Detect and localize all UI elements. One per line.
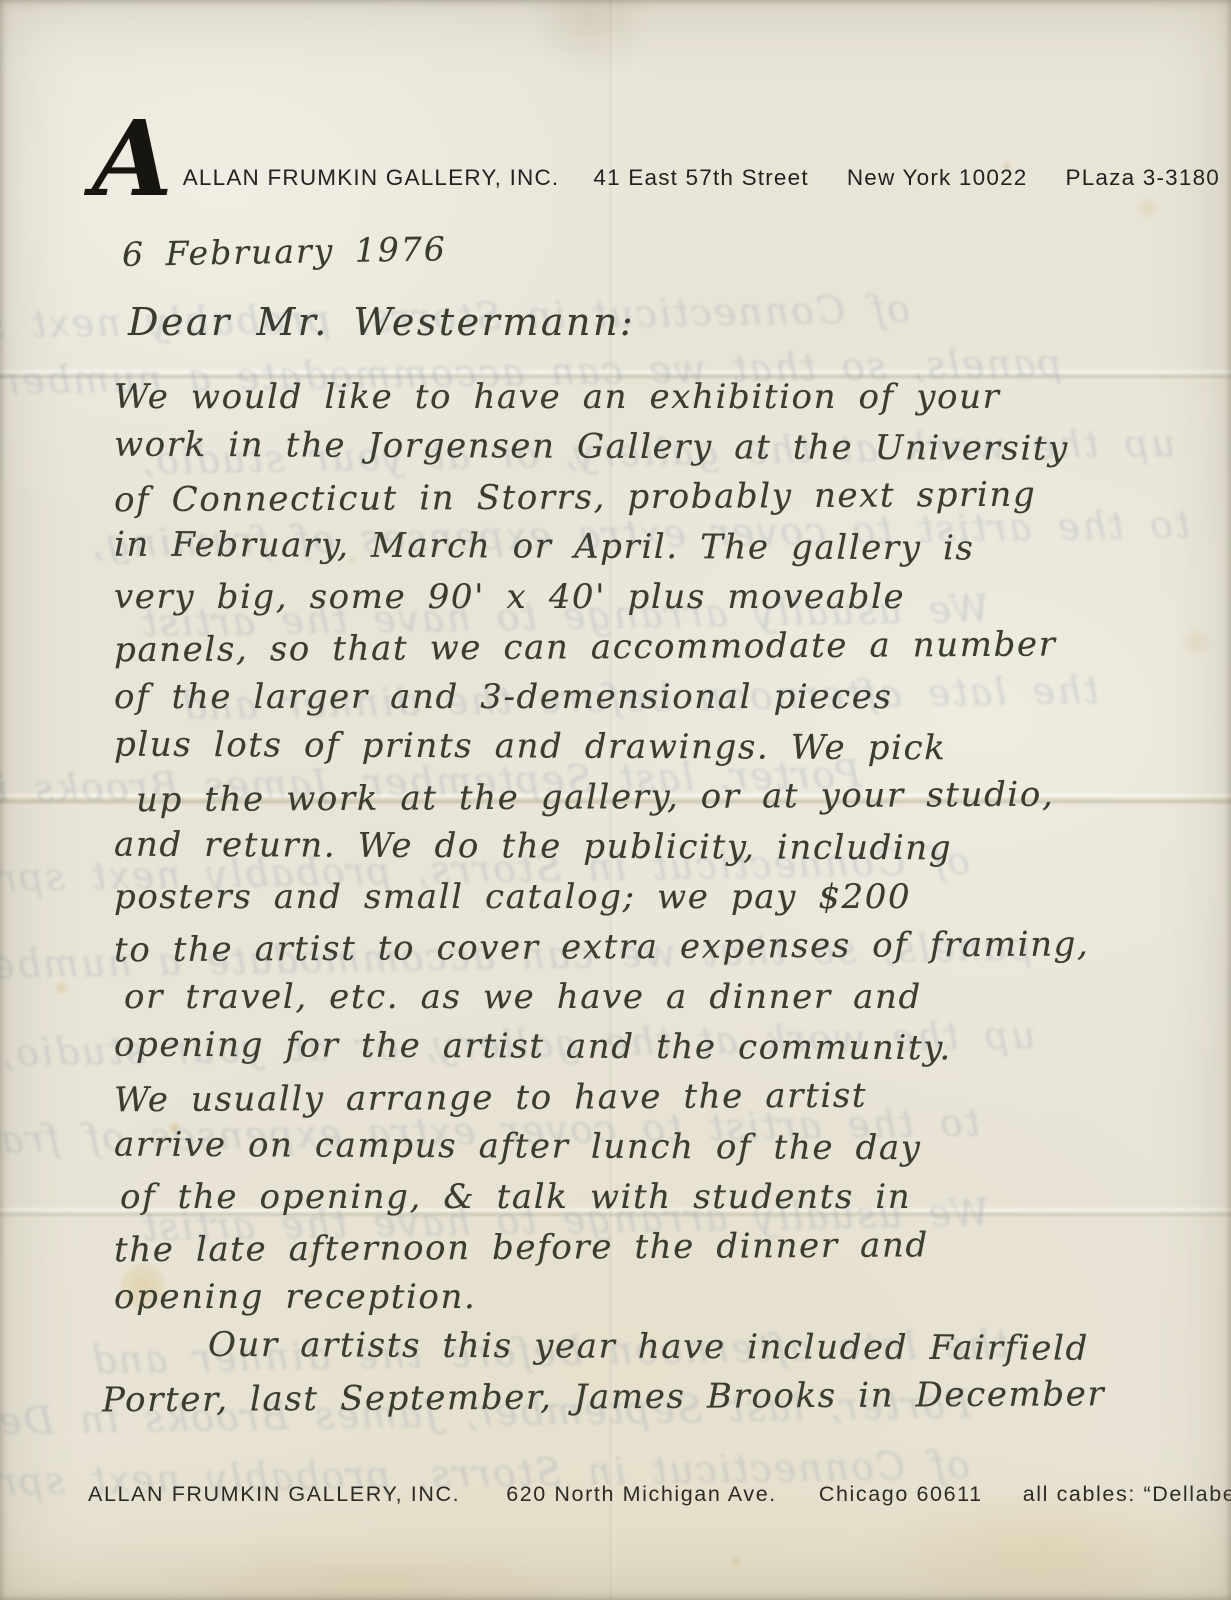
- letterhead: A ALLAN FRUMKIN GALLERY, INC. 41 East 57…: [92, 112, 1220, 191]
- letter-line: Porter, last September, James Brooks in …: [102, 1369, 1191, 1426]
- letter-line: in February, March or April. The gallery…: [114, 520, 1191, 575]
- letter-line: Our artists this year have included Fair…: [208, 1320, 1191, 1374]
- letter-line: posters and small catalog; we pay $200: [114, 872, 1191, 922]
- letter-line: work in the Jorgensen Gallery at the Uni…: [114, 420, 1191, 475]
- letter-line: the late afternoon before the dinner and: [114, 1219, 1191, 1276]
- footer-street-address: 620 North Michigan Ave.: [506, 1482, 777, 1507]
- letter-salutation: Dear Mr. Westermann:: [128, 300, 635, 344]
- footer-city-zip: Chicago 60611: [819, 1482, 983, 1507]
- letterhead-phone: PLaza 3-3180: [1066, 165, 1221, 191]
- letterhead-gallery-name: ALLAN FRUMKIN GALLERY, INC.: [183, 165, 560, 191]
- letter-line: of the opening, & talk with students in: [120, 1172, 1191, 1222]
- letter-line: opening for the artist and the community…: [114, 1020, 1191, 1075]
- footer-gallery-name: ALLAN FRUMKIN GALLERY, INC.: [88, 1482, 460, 1507]
- letter-date: 6 February 1976: [122, 229, 447, 274]
- letterhead-street-address: 41 East 57th Street: [593, 165, 808, 191]
- gallery-logo-a: A: [92, 122, 169, 197]
- letter-line: opening reception.: [114, 1272, 1191, 1322]
- letter-line: to the artist to cover extra expenses of…: [114, 919, 1191, 976]
- letterhead-city-zip: New York 10022: [847, 165, 1028, 191]
- letter-line: up the work at the gallery, or at your s…: [136, 769, 1191, 825]
- letter-line: panels, so that we can accommodate a num…: [114, 619, 1191, 676]
- letter-line: and return. We do the publicity, includi…: [114, 820, 1191, 875]
- footer-cables: all cables: “Dellabella”: [1023, 1482, 1231, 1507]
- scanned-letter-page: of Connecticut in Storrs, probably next …: [0, 0, 1231, 1600]
- letter-line: or travel, etc. as we have a dinner and: [124, 972, 1191, 1022]
- letter-line: of Connecticut in Storrs, probably next …: [114, 469, 1191, 526]
- letter-line: of the larger and 3-demensional pieces: [114, 672, 1191, 722]
- letter-line: We usually arrange to have the artist: [114, 1069, 1191, 1126]
- footer: ALLAN FRUMKIN GALLERY, INC. 620 North Mi…: [88, 1482, 1231, 1507]
- letter-line: We would like to have an exhibition of y…: [114, 372, 1191, 422]
- letter-body: We would like to have an exhibition of y…: [114, 372, 1191, 1422]
- letter-line: arrive on campus after lunch of the day: [114, 1120, 1191, 1175]
- letter-line: plus lots of prints and drawings. We pic…: [114, 720, 1191, 775]
- letter-line: very big, some 90' x 40' plus moveable: [114, 572, 1191, 622]
